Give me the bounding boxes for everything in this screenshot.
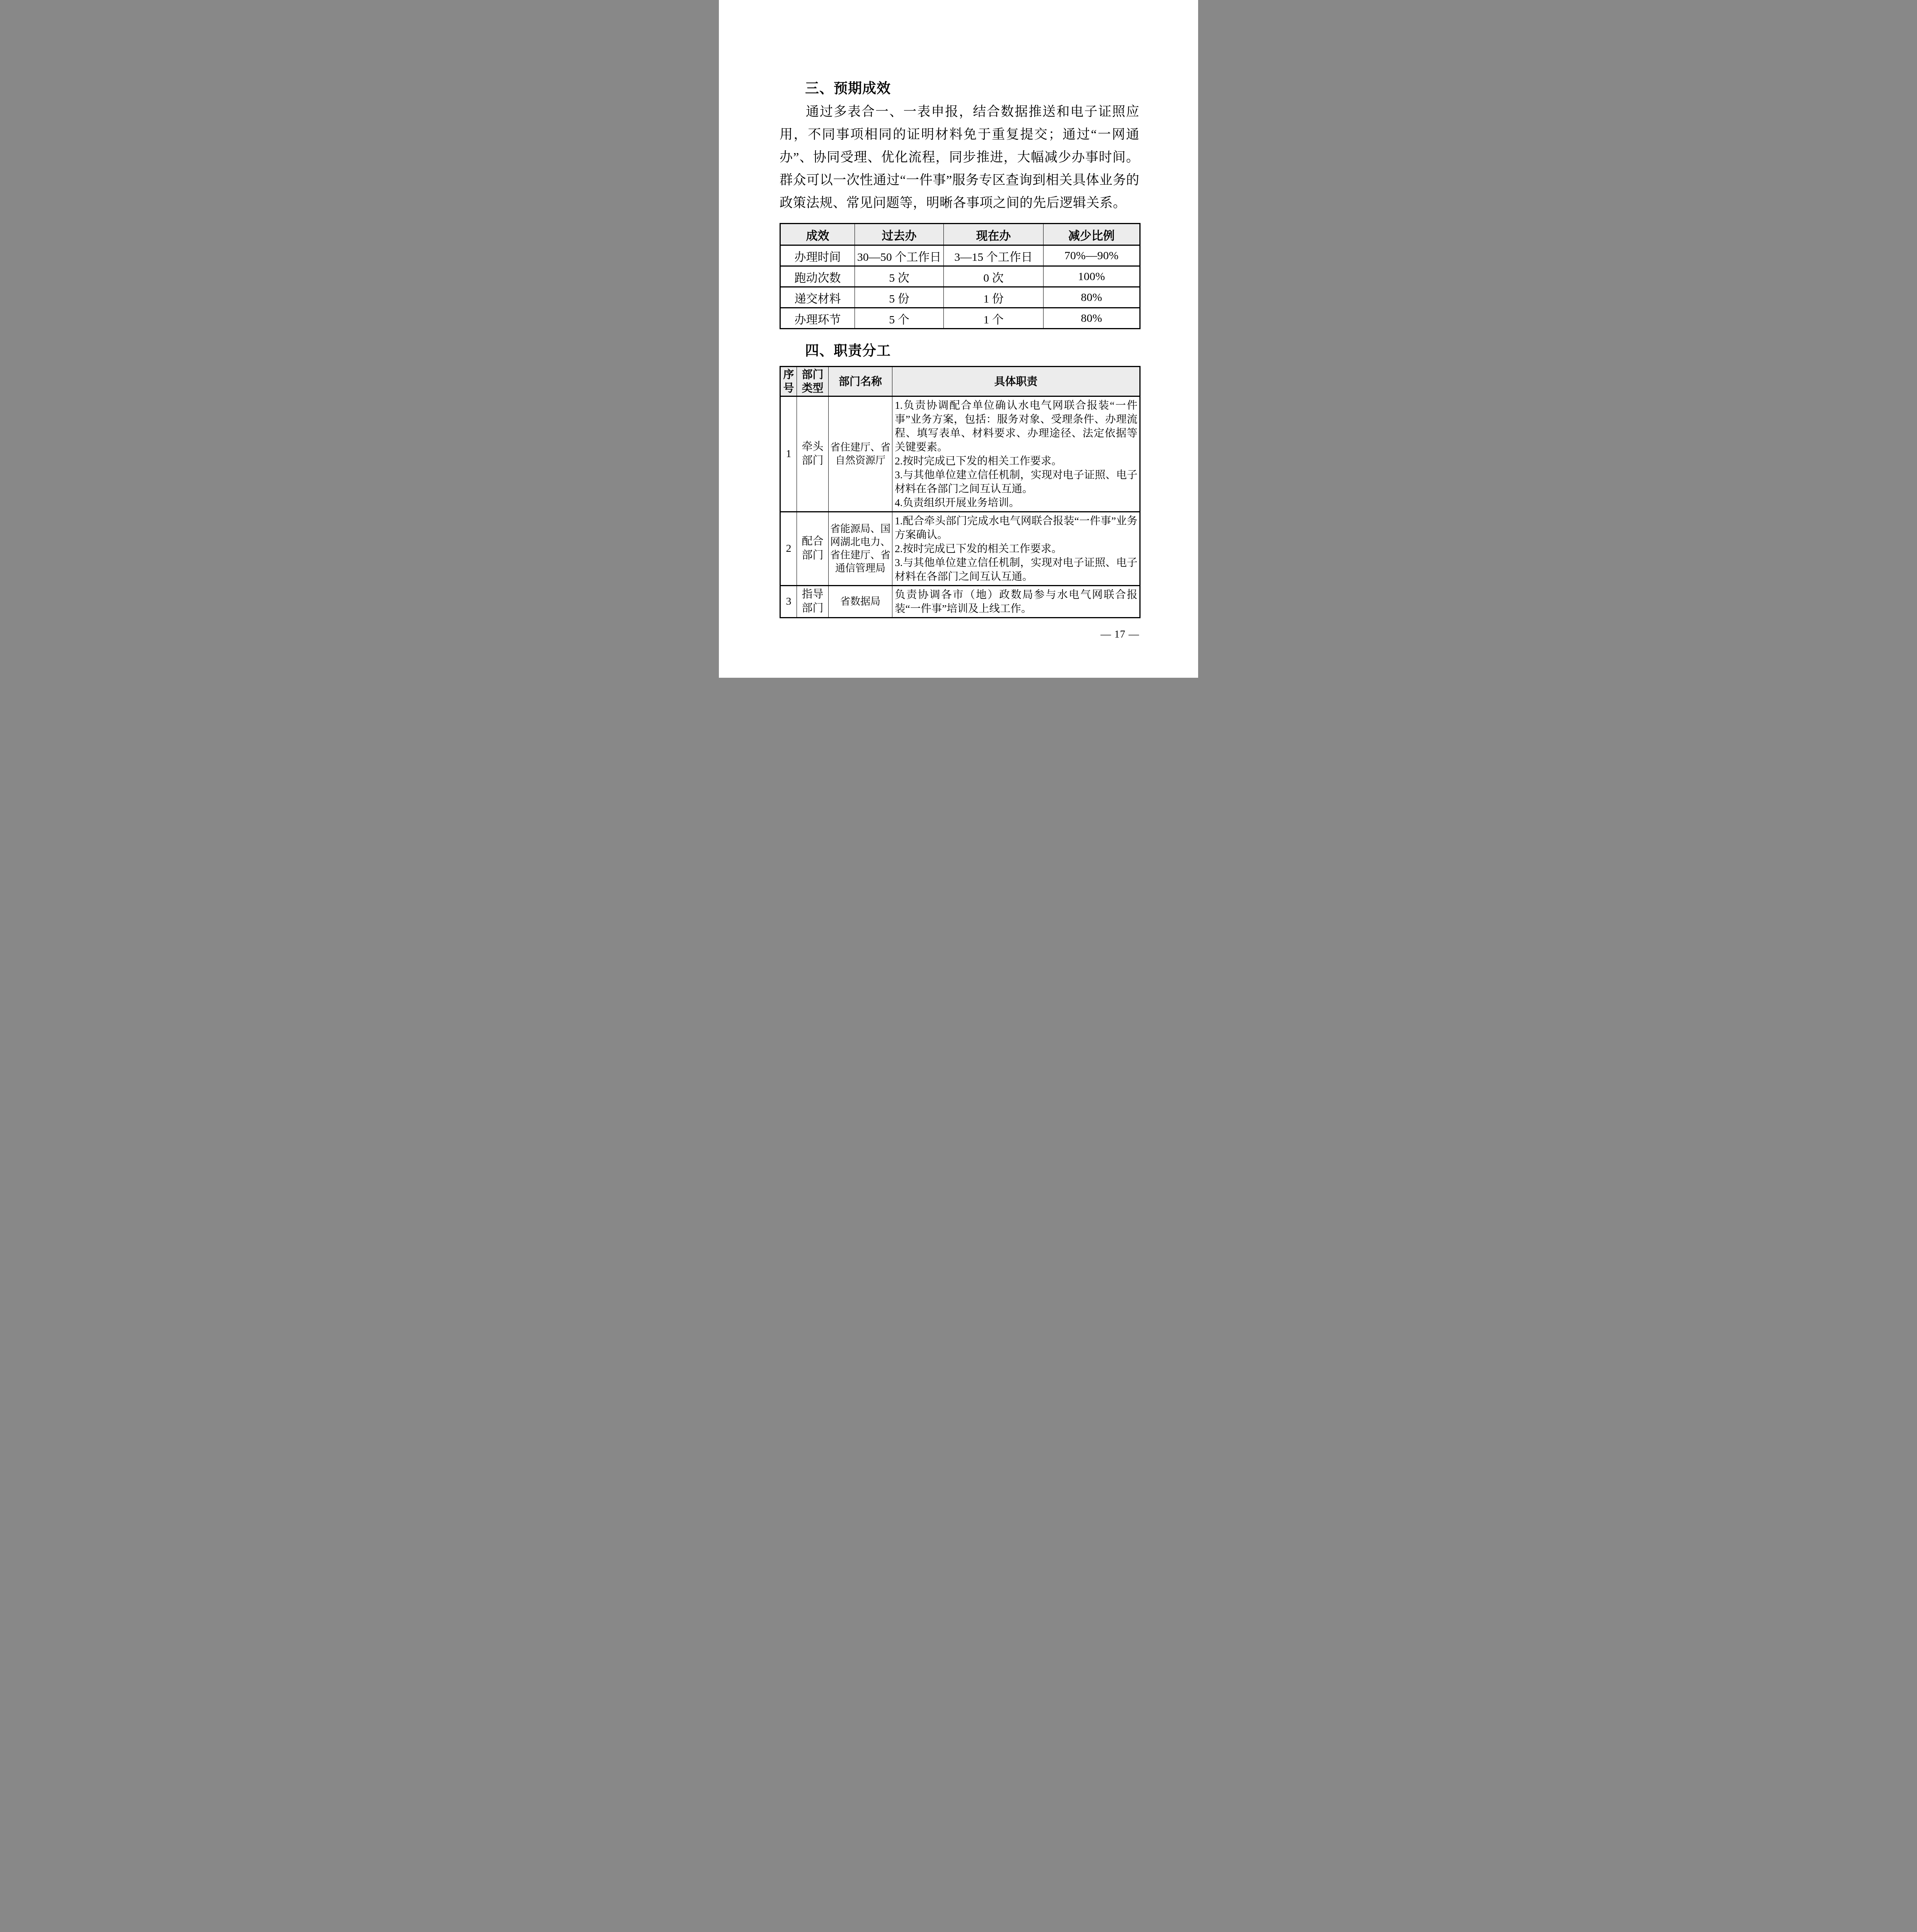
duty-cell-dept-type: 配合部门 <box>797 512 829 586</box>
effects-col-header-effect: 成效 <box>780 224 855 245</box>
duty-row-guidance: 3 指导部门 省数据局 负责协调各市（地）政数局参与水电气网联合报装“一件事”培… <box>780 586 1140 618</box>
duty-cell-duties: 负责协调各市（地）政数局参与水电气网联合报装“一件事”培训及上线工作。 <box>892 586 1140 618</box>
effects-cell: 70%—90% <box>1044 245 1140 266</box>
duty-table: 序号 部门类型 部门名称 具体职责 1 牵头部门 省住建厅、省自然资源厅 1.负… <box>780 366 1141 618</box>
duty-cell-dept-type: 指导部门 <box>797 586 829 618</box>
duty-col-header-dept-name: 部门名称 <box>829 367 892 396</box>
effects-cell: 递交材料 <box>780 287 855 308</box>
effects-row-steps: 办理环节 5 个 1 个 80% <box>780 308 1140 329</box>
duty-cell-dept-type: 牵头部门 <box>797 396 829 512</box>
effects-header-row: 成效 过去办 现在办 减少比例 <box>780 224 1140 245</box>
effects-cell: 跑动次数 <box>780 266 855 287</box>
effects-table: 成效 过去办 现在办 减少比例 办理时间 30—50 个工作日 3—15 个工作… <box>780 223 1141 329</box>
effects-cell: 80% <box>1044 308 1140 329</box>
duty-cell-index: 3 <box>780 586 797 618</box>
effects-cell: 5 份 <box>855 287 944 308</box>
duty-col-header-duties: 具体职责 <box>892 367 1140 396</box>
duty-cell-dept-name: 省能源局、国网湖北电力、省住建厅、省通信管理局 <box>829 512 892 586</box>
effects-col-header-now: 现在办 <box>944 224 1044 245</box>
effects-cell: 0 次 <box>944 266 1044 287</box>
effects-cell: 1 份 <box>944 287 1044 308</box>
duty-col-header-index: 序号 <box>780 367 797 396</box>
page-number: — 17 — <box>780 628 1139 640</box>
duty-cell-duties: 1.负责协调配合单位确认水电气网联合报装“一件事”业务方案，包括：服务对象、受理… <box>892 396 1140 512</box>
effects-row-materials: 递交材料 5 份 1 份 80% <box>780 287 1140 308</box>
duty-cell-dept-name: 省住建厅、省自然资源厅 <box>829 396 892 512</box>
section-heading-duty-division: 四、职责分工 <box>780 342 1139 360</box>
effects-cell: 5 个 <box>855 308 944 329</box>
effects-cell: 办理环节 <box>780 308 855 329</box>
effects-row-time: 办理时间 30—50 个工作日 3—15 个工作日 70%—90% <box>780 245 1140 266</box>
duty-cell-index: 1 <box>780 396 797 512</box>
document-page: 三、预期成效 通过多表合一、一表申报，结合数据推送和电子证照应用，不同事项相同的… <box>719 0 1198 678</box>
effects-row-trips: 跑动次数 5 次 0 次 100% <box>780 266 1140 287</box>
duty-cell-dept-name: 省数据局 <box>829 586 892 618</box>
duty-row-support: 2 配合部门 省能源局、国网湖北电力、省住建厅、省通信管理局 1.配合牵头部门完… <box>780 512 1140 586</box>
effects-col-header-reduction: 减少比例 <box>1044 224 1140 245</box>
duty-header-row: 序号 部门类型 部门名称 具体职责 <box>780 367 1140 396</box>
body-paragraph: 通过多表合一、一表申报，结合数据推送和电子证照应用，不同事项相同的证明材料免于重… <box>780 100 1139 214</box>
effects-cell: 5 次 <box>855 266 944 287</box>
effects-col-header-past: 过去办 <box>855 224 944 245</box>
duty-cell-duties: 1.配合牵头部门完成水电气网联合报装“一件事”业务方案确认。 2.按时完成已下发… <box>892 512 1140 586</box>
section-heading-expected-results: 三、预期成效 <box>780 79 1139 97</box>
duty-col-header-dept-type: 部门类型 <box>797 367 829 396</box>
effects-cell: 办理时间 <box>780 245 855 266</box>
duty-cell-index: 2 <box>780 512 797 586</box>
effects-cell: 80% <box>1044 287 1140 308</box>
duty-row-lead: 1 牵头部门 省住建厅、省自然资源厅 1.负责协调配合单位确认水电气网联合报装“… <box>780 396 1140 512</box>
effects-cell: 30—50 个工作日 <box>855 245 944 266</box>
effects-cell: 1 个 <box>944 308 1044 329</box>
effects-cell: 100% <box>1044 266 1140 287</box>
effects-cell: 3—15 个工作日 <box>944 245 1044 266</box>
